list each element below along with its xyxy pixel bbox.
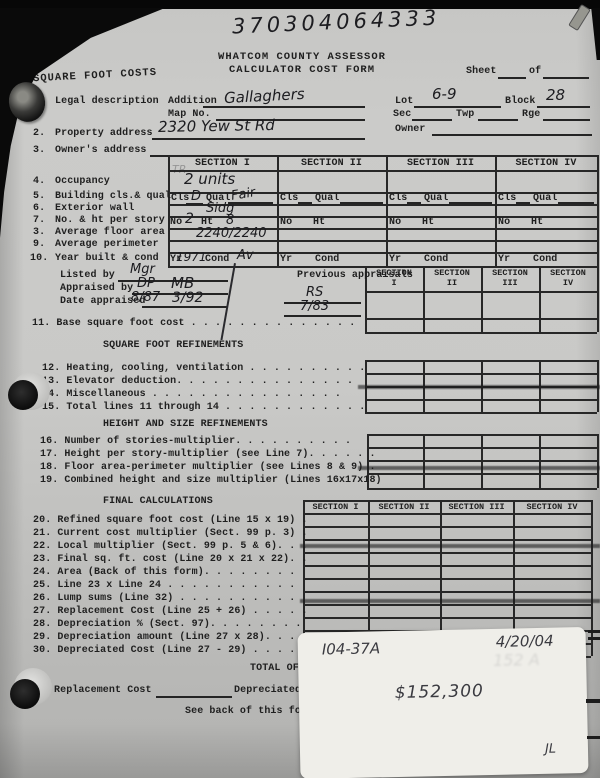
of-label: of — [529, 66, 541, 78]
qual-blank-s3 — [449, 202, 492, 204]
qual-blank-s2 — [340, 202, 383, 204]
twp-label: Twp — [456, 109, 474, 121]
edge-mark-2 — [588, 637, 600, 640]
line27-label: 27. Replacement Cost (Line 25 + 26) . . … — [33, 606, 308, 618]
block-blank-line — [537, 106, 590, 108]
floor-area-value-handwriting: 2240/2240 — [196, 226, 267, 241]
cls-label-s2: Cls — [280, 193, 298, 205]
hole-punch-2 — [10, 679, 40, 709]
section2-header: SECTION II — [277, 158, 386, 170]
date-value2-handwriting: 3/92 — [172, 290, 203, 306]
line16-label: 16. Number of stories-multiplier. . . . … — [40, 436, 351, 448]
replacement-blank-line — [156, 696, 232, 698]
scan-smear-4 — [300, 599, 600, 603]
occupancy-label: Occupancy — [55, 176, 110, 188]
line19-label: 19. Combined height and size multiplier … — [40, 475, 382, 487]
table-grid-hline — [367, 488, 597, 490]
table-grid-vline — [597, 266, 599, 332]
lot-value-handwriting: 6-9 — [432, 85, 457, 103]
cls-blank-s2 — [298, 202, 312, 204]
lot-label: Lot — [395, 96, 413, 108]
date-value1-handwriting: 8/87 — [131, 290, 160, 305]
sheet-label: Sheet — [466, 66, 497, 78]
scan-smear-1 — [358, 385, 600, 389]
row10-number: 10. — [30, 253, 48, 265]
twp-blank-line — [478, 119, 518, 121]
table-grid-hline — [303, 513, 591, 515]
qual-blank-s4 — [558, 202, 594, 204]
scan-top-edge — [0, 0, 600, 9]
line13-label: 13. Elevator deduction. . . . . . . . . … — [42, 376, 353, 388]
owners-address-label: Owner's address — [55, 145, 147, 157]
table-grid-hline — [365, 332, 597, 334]
note-date-handwriting: 4/20/04 — [496, 632, 554, 651]
line3-number: 3. — [33, 145, 45, 157]
line2-number: 2. — [33, 128, 45, 140]
row8-number: 3. — [33, 227, 45, 239]
property-value-handwriting: 2320 Yew St Rd — [158, 116, 275, 136]
line22-label: 22. Local multiplier (Sect. 99 p. 5 & 6)… — [33, 541, 308, 553]
qual-blank-s1 — [228, 202, 273, 204]
height-size-title: HEIGHT AND SIZE REFINEMENTS — [103, 419, 268, 431]
prev-numeral-2: II — [423, 279, 481, 289]
final-section2-header: SECTION II — [368, 503, 440, 513]
lot-blank-line — [414, 106, 501, 108]
line15-label: 15. Total lines 11 through 14 . . . . . … — [42, 402, 365, 414]
line24-label: 24. Area (Back of this form). . . . . . … — [33, 567, 295, 579]
final-calculations-title: FINAL CALCULATIONS — [103, 496, 213, 508]
table-grid-vline — [168, 155, 170, 266]
row9-number: 9. — [33, 239, 45, 251]
table-grid-vline — [597, 434, 599, 488]
yr-label-s2: Yr — [280, 254, 292, 266]
sec-blank-line — [412, 119, 452, 121]
scan-smear-3 — [300, 544, 600, 548]
scan-smear-2 — [358, 466, 600, 470]
line18-label: 18. Floor area-perimeter multiplier (see… — [40, 462, 376, 474]
table-grid-vline — [386, 155, 388, 266]
line21-label: 21. Current cost multiplier (Sect. 99 p.… — [33, 528, 308, 540]
edge-mark-1 — [588, 630, 600, 633]
final-section4-header: SECTION IV — [513, 503, 591, 513]
cls-blank-s3 — [407, 202, 421, 204]
table-grid-hline — [303, 604, 591, 606]
building-label: Building cls.& qual — [55, 191, 171, 203]
property-address-label: Property address — [55, 128, 153, 140]
line30-label: 30. Depreciated Cost (Line 27 - 29) . . … — [33, 645, 308, 657]
section3-header: SECTION III — [386, 158, 495, 170]
row4-number: 4. — [33, 176, 45, 188]
yr-label-s4: Yr — [498, 254, 510, 266]
owner-blank-line — [432, 134, 592, 136]
rge-blank-line — [543, 119, 590, 121]
cond-label-s4: Cond — [533, 254, 557, 266]
prev-numeral-1: I — [365, 279, 423, 289]
legal-description-label: Legal description — [55, 96, 159, 108]
ht-label-s2: Ht — [313, 217, 325, 229]
no-label-s3: No — [389, 217, 401, 229]
listed-by-label: Listed by — [60, 270, 115, 282]
yr-label-s3: Yr — [389, 254, 401, 266]
appraised-by-label: Appraised by — [60, 283, 133, 295]
no-label-s4: No — [498, 217, 510, 229]
table-grid-hline — [303, 617, 591, 619]
rge-label: Rge — [522, 109, 540, 121]
cls-label-s4: Cls — [498, 193, 516, 205]
previous-value1-handwriting: RS — [306, 285, 323, 300]
table-grid-vline — [597, 155, 599, 266]
hole-punch-1 — [8, 380, 38, 410]
row7-number: 7. — [33, 215, 45, 227]
ht-label-s4: Ht — [531, 217, 543, 229]
sticky-note: 152 A I04-37A 4/20/04 $152,300 JL — [298, 627, 589, 778]
table-grid-hline — [168, 155, 597, 157]
cls-blank-s4 — [516, 202, 530, 204]
sqft-refinements-title: SQUARE FOOT REFINEMENTS — [103, 340, 243, 352]
cls-label-s3: Cls — [389, 193, 407, 205]
property-blank-line — [152, 138, 365, 140]
note-code-handwriting: I04-37A — [322, 639, 381, 658]
cls-blank-s1 — [186, 203, 203, 205]
line25-label: 25. Line 23 x Line 24 . . . . . . . . . … — [33, 580, 295, 592]
row6-number: 6. — [33, 203, 45, 215]
table-grid-vline — [277, 155, 279, 266]
prev-numeral-4: IV — [539, 279, 597, 289]
ht-label-s3: Ht — [422, 217, 434, 229]
line17-label: 17. Height per story-multiplier (see Lin… — [40, 449, 376, 461]
line28-label: 28. Depreciation % (Sect. 97). . . . . .… — [33, 619, 301, 631]
cond-value-handwriting: Av — [237, 248, 254, 263]
no-value-handwriting: 2 — [185, 211, 194, 227]
appraised-value1-handwriting: DP — [137, 276, 155, 291]
line11-label: 11. Base square foot cost . . . . . . . … — [32, 318, 355, 330]
final-section3-header: SECTION III — [440, 503, 513, 513]
line26-label: 26. Lump sums (Line 32) . . . . . . . . … — [33, 593, 295, 605]
form-title-line1: WHATCOM COUNTY ASSESSOR — [182, 51, 422, 63]
block-value-handwriting: 28 — [546, 86, 565, 104]
section4-header: SECTION IV — [495, 158, 597, 170]
cond-label-s3: Cond — [424, 254, 448, 266]
table-grid-vline — [423, 434, 425, 488]
listed-value-handwriting: Mgr — [130, 262, 155, 277]
table-grid-hline — [303, 591, 591, 593]
table-grid-vline — [495, 155, 497, 266]
cond-label-s2: Cond — [315, 254, 339, 266]
qual-label-s4: Qual — [533, 193, 557, 205]
table-grid-vline — [481, 434, 483, 488]
table-grid-hline — [303, 526, 591, 528]
sec-label: Sec — [393, 109, 411, 121]
final-section1-header: SECTION I — [303, 503, 368, 513]
replacement-cost-label: Replacement Cost — [54, 685, 152, 697]
table-grid-vline — [539, 434, 541, 488]
qual-label-s3: Qual — [424, 193, 448, 205]
note-initials-handwriting: JL — [545, 742, 556, 757]
sheet-blank-line — [498, 77, 526, 79]
table-grid-hline — [303, 552, 591, 554]
scanned-document: 370304064333 WHATCOM COUNTY ASSESSOR CAL… — [0, 0, 600, 778]
qual-label-s2: Qual — [315, 193, 339, 205]
of-blank-line — [543, 77, 589, 79]
owner-label: Owner — [395, 124, 426, 136]
cls-value-handwriting: D — [191, 189, 201, 204]
edge-mark-4 — [587, 736, 600, 739]
perimeter-label: Average perimeter — [55, 239, 159, 251]
cond-label-s1: Cond — [205, 254, 229, 266]
note-bleedthrough: 152 A — [493, 650, 540, 670]
story-label: No. & ht per story — [55, 215, 165, 227]
line23-label: 23. Final sq. ft. cost (Line 20 x 21 x 2… — [33, 554, 308, 566]
table-grid-hline — [303, 578, 591, 580]
previous-value2-handwriting: 7/83 — [300, 299, 329, 314]
see-back-label: See back of this fo — [185, 706, 301, 718]
floor-area-label: Average floor area — [55, 227, 165, 239]
line14-label: 14. Miscellaneous . . . . . . . . . . . … — [42, 389, 341, 401]
no-label-s1: No — [170, 217, 182, 229]
edge-mark-3 — [586, 699, 600, 703]
total-of-label: TOTAL OF — [250, 663, 299, 675]
date-blank-line — [142, 306, 228, 308]
previous-blank-line2 — [284, 315, 361, 317]
no-label-s2: No — [280, 217, 292, 229]
yr-value-handwriting: 1971 — [176, 250, 207, 264]
table-grid-hline — [303, 565, 591, 567]
form-title-line2: CALCULATOR COST FORM — [182, 64, 422, 76]
line29-label: 29. Depreciation amount (Line 27 x 28). … — [33, 632, 308, 644]
row5-number: 5. — [33, 191, 45, 203]
table-grid-hline — [303, 539, 591, 541]
block-label: Block — [505, 96, 536, 108]
line12-label: 12. Heating, cooling, ventilation . . . … — [42, 363, 365, 375]
line20-label: 20. Refined square foot cost (Line 15 x … — [33, 515, 308, 527]
table-grid-hline — [365, 412, 597, 414]
note-amount-handwriting: $152,300 — [395, 681, 485, 703]
occupancy-value-handwriting: 2 units — [184, 170, 235, 188]
exterior-wall-label: Exterior wall — [55, 203, 134, 215]
prev-numeral-3: III — [481, 279, 539, 289]
